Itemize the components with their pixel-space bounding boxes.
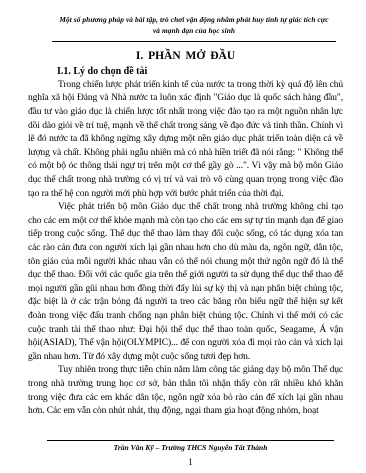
paragraph-1: Trong chiến lược phát triển kinh tế của …: [28, 79, 343, 201]
section-title: I. PHẦN MỞ ĐẦU: [28, 50, 343, 62]
document-body: I. PHẦN MỞ ĐẦU I.1. Lý do chọn đề tài Tr…: [28, 42, 343, 440]
subsection-heading: I.1. Lý do chọn đề tài: [28, 66, 343, 77]
page-footer: Trần Văn Kỹ – Trường THCS Nguyễn Tất Thà…: [47, 440, 334, 473]
running-header-line2: và mạnh dạn của học sinh: [52, 26, 336, 37]
running-header: Một số phương pháp và bài tập, trò chơi …: [52, 15, 336, 42]
paragraph-2: Việc phát triển bộ môn Giáo dục thể chất…: [28, 201, 343, 364]
page-number: 1: [47, 453, 334, 473]
footer-author-line: Trần Văn Kỹ – Trường THCS Nguyễn Tất Thà…: [47, 443, 334, 453]
document-page: Một số phương pháp và bài tập, trò chơi …: [0, 0, 366, 473]
paragraph-3: Tuy nhiên trong thực tiễn chín năm làm c…: [28, 364, 343, 418]
running-header-line1: Một số phương pháp và bài tập, trò chơi …: [52, 15, 336, 26]
